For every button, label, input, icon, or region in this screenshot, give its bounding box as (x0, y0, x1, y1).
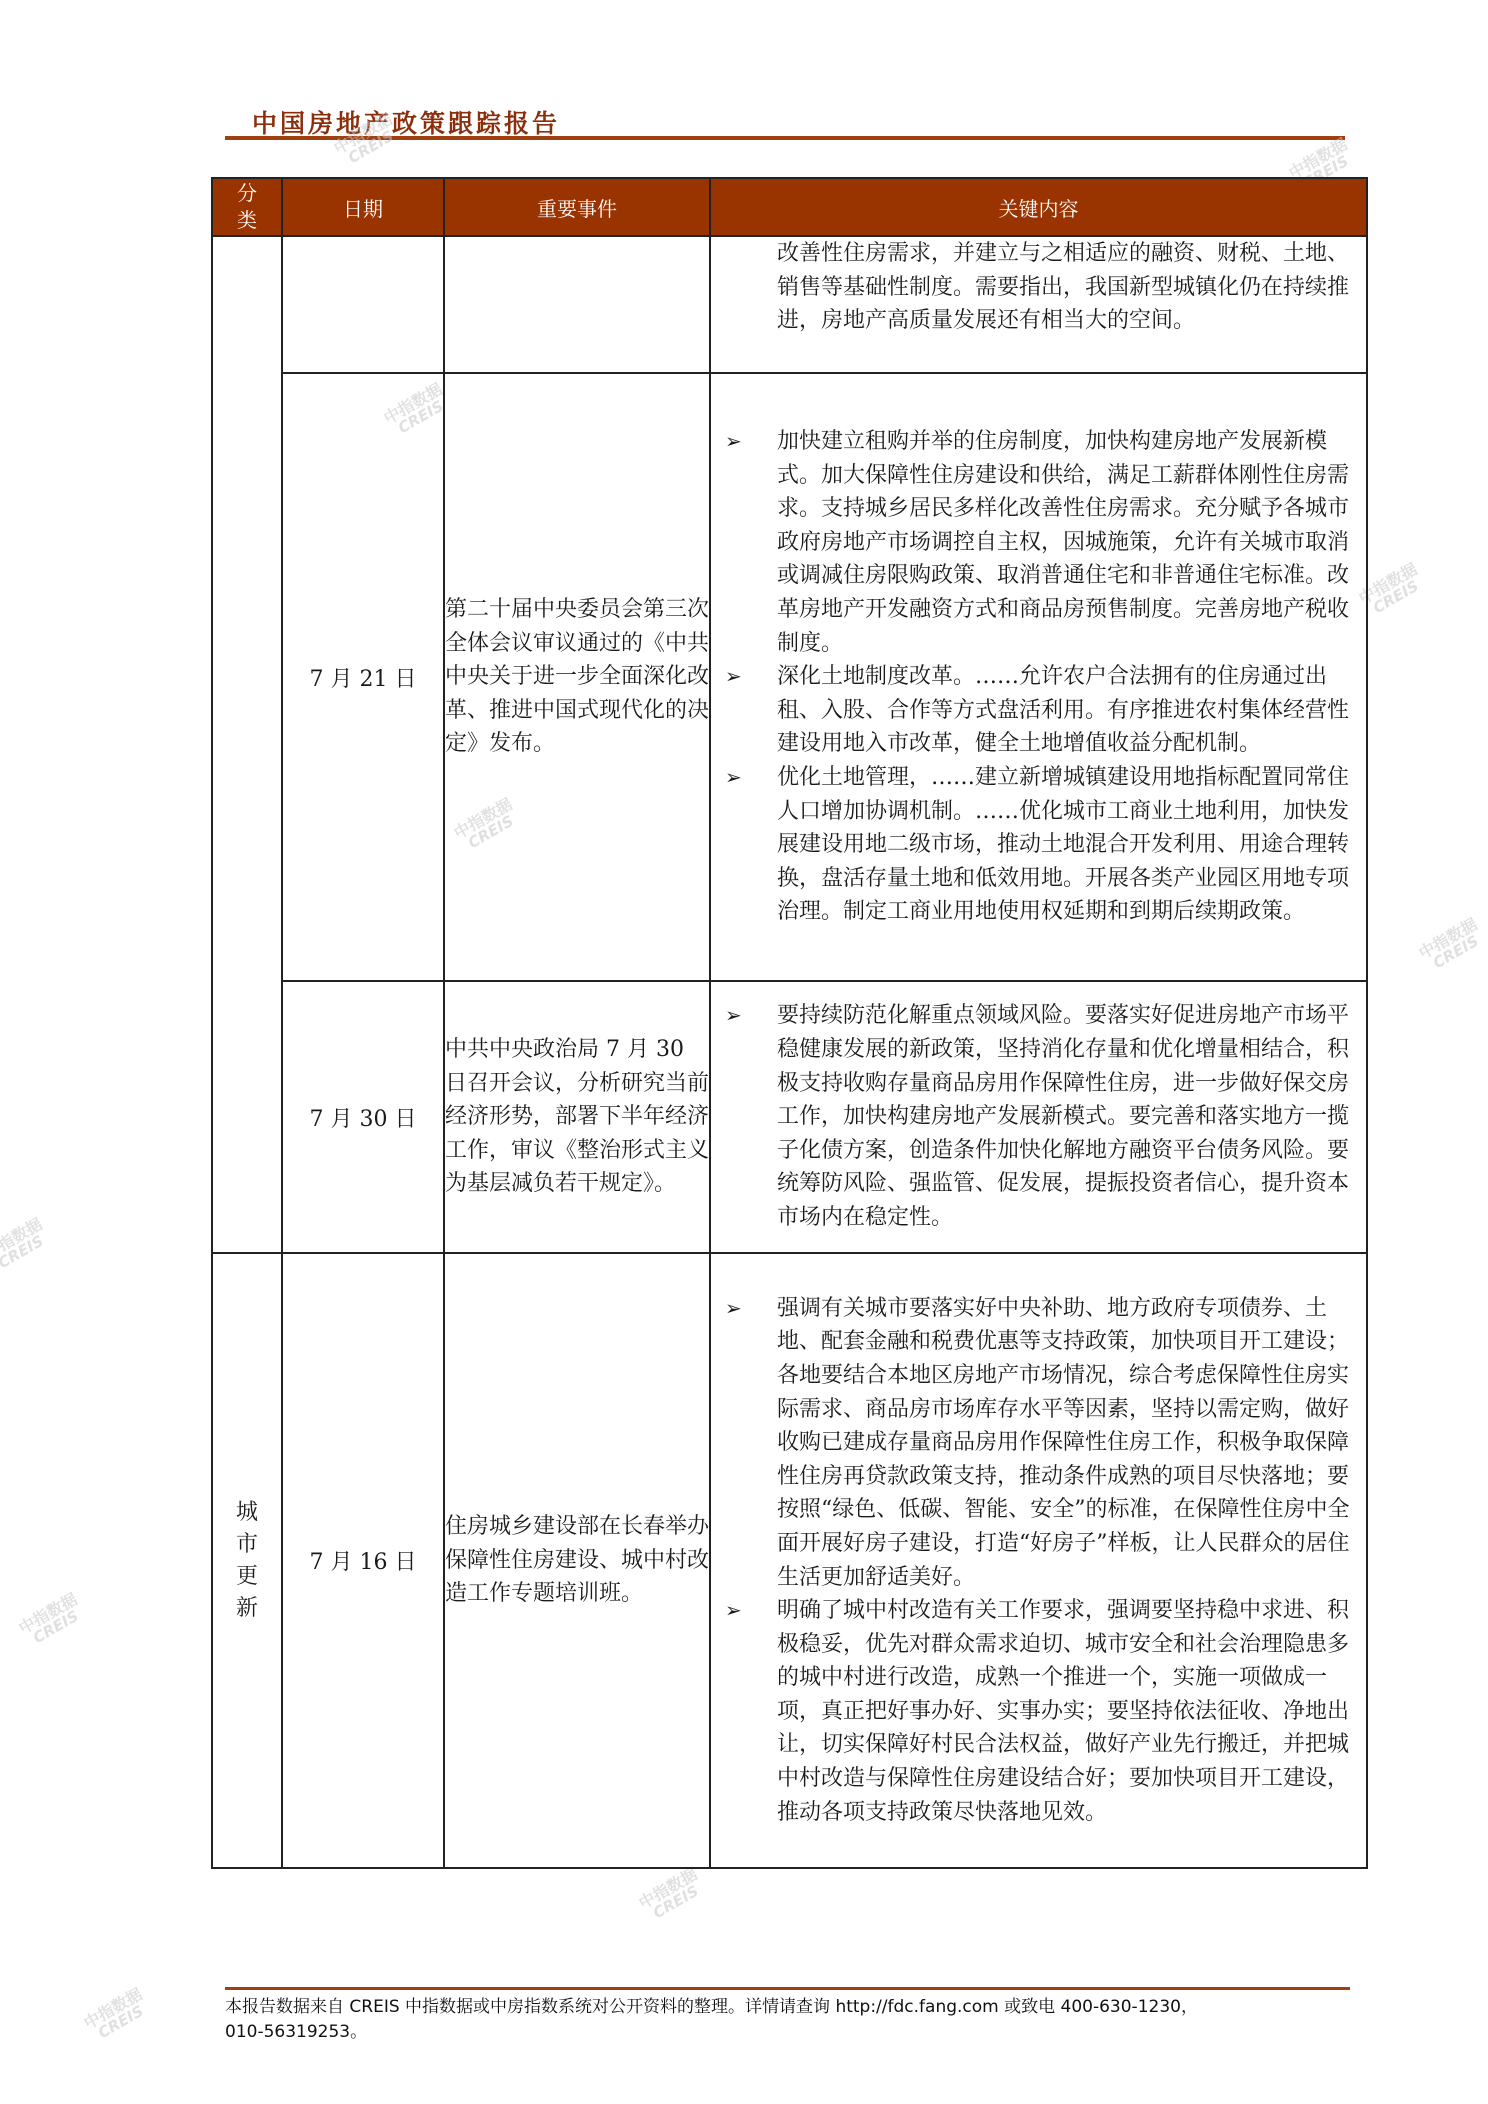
category-cell (212, 236, 282, 1253)
footer-line-2: 010-56319253。 (225, 2020, 1375, 2045)
watermark: 中指数据CREIS (17, 1591, 88, 1650)
content-cell: ➢强调有关城市要落实好中央补助、地方政府专项债券、土地、配套金融和税费优惠等支持… (710, 1253, 1367, 1868)
column-header-content: 关键内容 (710, 178, 1367, 236)
arrow-bullet-icon: ➢ (725, 660, 742, 694)
key-points-list: ➢强调有关城市要落实好中央补助、地方政府专项债券、土地、配套金融和税费优惠等支持… (711, 1292, 1366, 1830)
watermark: 中指数据CREIS (1417, 916, 1488, 975)
category-cell: 城市更新 (212, 1253, 282, 1868)
key-point: ➢明确了城中村改造有关工作要求，强调要坚持稳中求进、积极稳妥，优先对群众需求迫切… (711, 1594, 1366, 1829)
arrow-bullet-icon: ➢ (725, 761, 742, 795)
header-rule (225, 136, 1345, 140)
table-row: 改善性住房需求，并建立与之相适应的融资、财税、土地、销售等基础性制度。需要指出，… (212, 236, 1367, 373)
footer-line-1: 本报告数据来自 CREIS 中指数据或中房指数系统对公开资料的整理。详情请查询 … (225, 1995, 1375, 2020)
date-cell: 7 月 30 日 (282, 981, 444, 1253)
table-header-row: 分类 日期 重要事件 关键内容 (212, 178, 1367, 236)
column-header-event: 重要事件 (444, 178, 710, 236)
key-point: ➢优化土地管理，……建立新增城镇建设用地指标配置同常住人口增加协调机制。……优化… (711, 761, 1366, 929)
event-cell (444, 236, 710, 373)
arrow-bullet-icon: ➢ (725, 1292, 742, 1326)
key-point: ➢强调有关城市要落实好中央补助、地方政府专项债券、土地、配套金融和税费优惠等支持… (711, 1292, 1366, 1594)
content-cell: ➢加快建立租购并举的住房制度，加快构建房地产发展新模式。加大保障性住房建设和供给… (710, 373, 1367, 981)
column-header-date: 日期 (282, 178, 444, 236)
footer-note: 本报告数据来自 CREIS 中指数据或中房指数系统对公开资料的整理。详情请查询 … (225, 1995, 1375, 2045)
table-row: 7 月 21 日 第二十届中央委员会第三次全体会议审议通过的《中共中央关于进一步… (212, 373, 1367, 981)
policy-table: 分类 日期 重要事件 关键内容 改善性住房需求，并建立与之相适应的融资、财税、土… (211, 177, 1368, 1869)
key-points-list: ➢要持续防范化解重点领域风险。要落实好促进房地产市场平稳健康发展的新政策，坚持消… (711, 999, 1366, 1234)
watermark: 中指数据CREIS (82, 1986, 153, 2045)
arrow-bullet-icon: ➢ (725, 1594, 742, 1628)
arrow-bullet-icon: ➢ (725, 425, 742, 459)
date-cell: 7 月 21 日 (282, 373, 444, 981)
event-cell: 中共中央政治局 7 月 30 日召开会议，分析研究当前经济形势，部署下半年经济工… (444, 981, 710, 1253)
table-row: 城市更新 7 月 16 日 住房城乡建设部在长春举办保障性住房建设、城中村改造工… (212, 1253, 1367, 1868)
event-cell: 第二十届中央委员会第三次全体会议审议通过的《中共中央关于进一步全面深化改革、推进… (444, 373, 710, 981)
date-cell: 7 月 16 日 (282, 1253, 444, 1868)
table-row: 7 月 30 日 中共中央政治局 7 月 30 日召开会议，分析研究当前经济形势… (212, 981, 1367, 1253)
key-point: ➢要持续防范化解重点领域风险。要落实好促进房地产市场平稳健康发展的新政策，坚持消… (711, 999, 1366, 1234)
key-point: ➢加快建立租购并举的住房制度，加快构建房地产发展新模式。加大保障性住房建设和供给… (711, 425, 1366, 660)
content-cell: 改善性住房需求，并建立与之相适应的融资、财税、土地、销售等基础性制度。需要指出，… (710, 236, 1367, 373)
footer-rule (225, 1987, 1350, 1990)
watermark: 中指数据CREIS (0, 1216, 52, 1275)
report-title: 中国房地产政策跟踪报告 (252, 104, 560, 140)
content-cell: ➢要持续防范化解重点领域风险。要落实好促进房地产市场平稳健康发展的新政策，坚持消… (710, 981, 1367, 1253)
key-points-list: ➢加快建立租购并举的住房制度，加快构建房地产发展新模式。加大保障性住房建设和供给… (711, 425, 1366, 929)
column-header-category: 分类 (212, 178, 282, 236)
key-point: ➢深化土地制度改革。……允许农户合法拥有的住房通过出租、入股、合作等方式盘活利用… (711, 660, 1366, 761)
date-cell (282, 236, 444, 373)
content-continuation: 改善性住房需求，并建立与之相适应的融资、财税、土地、销售等基础性制度。需要指出，… (711, 237, 1366, 338)
event-cell: 住房城乡建设部在长春举办保障性住房建设、城中村改造工作专题培训班。 (444, 1253, 710, 1868)
watermark: 中指数据CREIS (637, 1866, 708, 1925)
arrow-bullet-icon: ➢ (725, 999, 742, 1033)
